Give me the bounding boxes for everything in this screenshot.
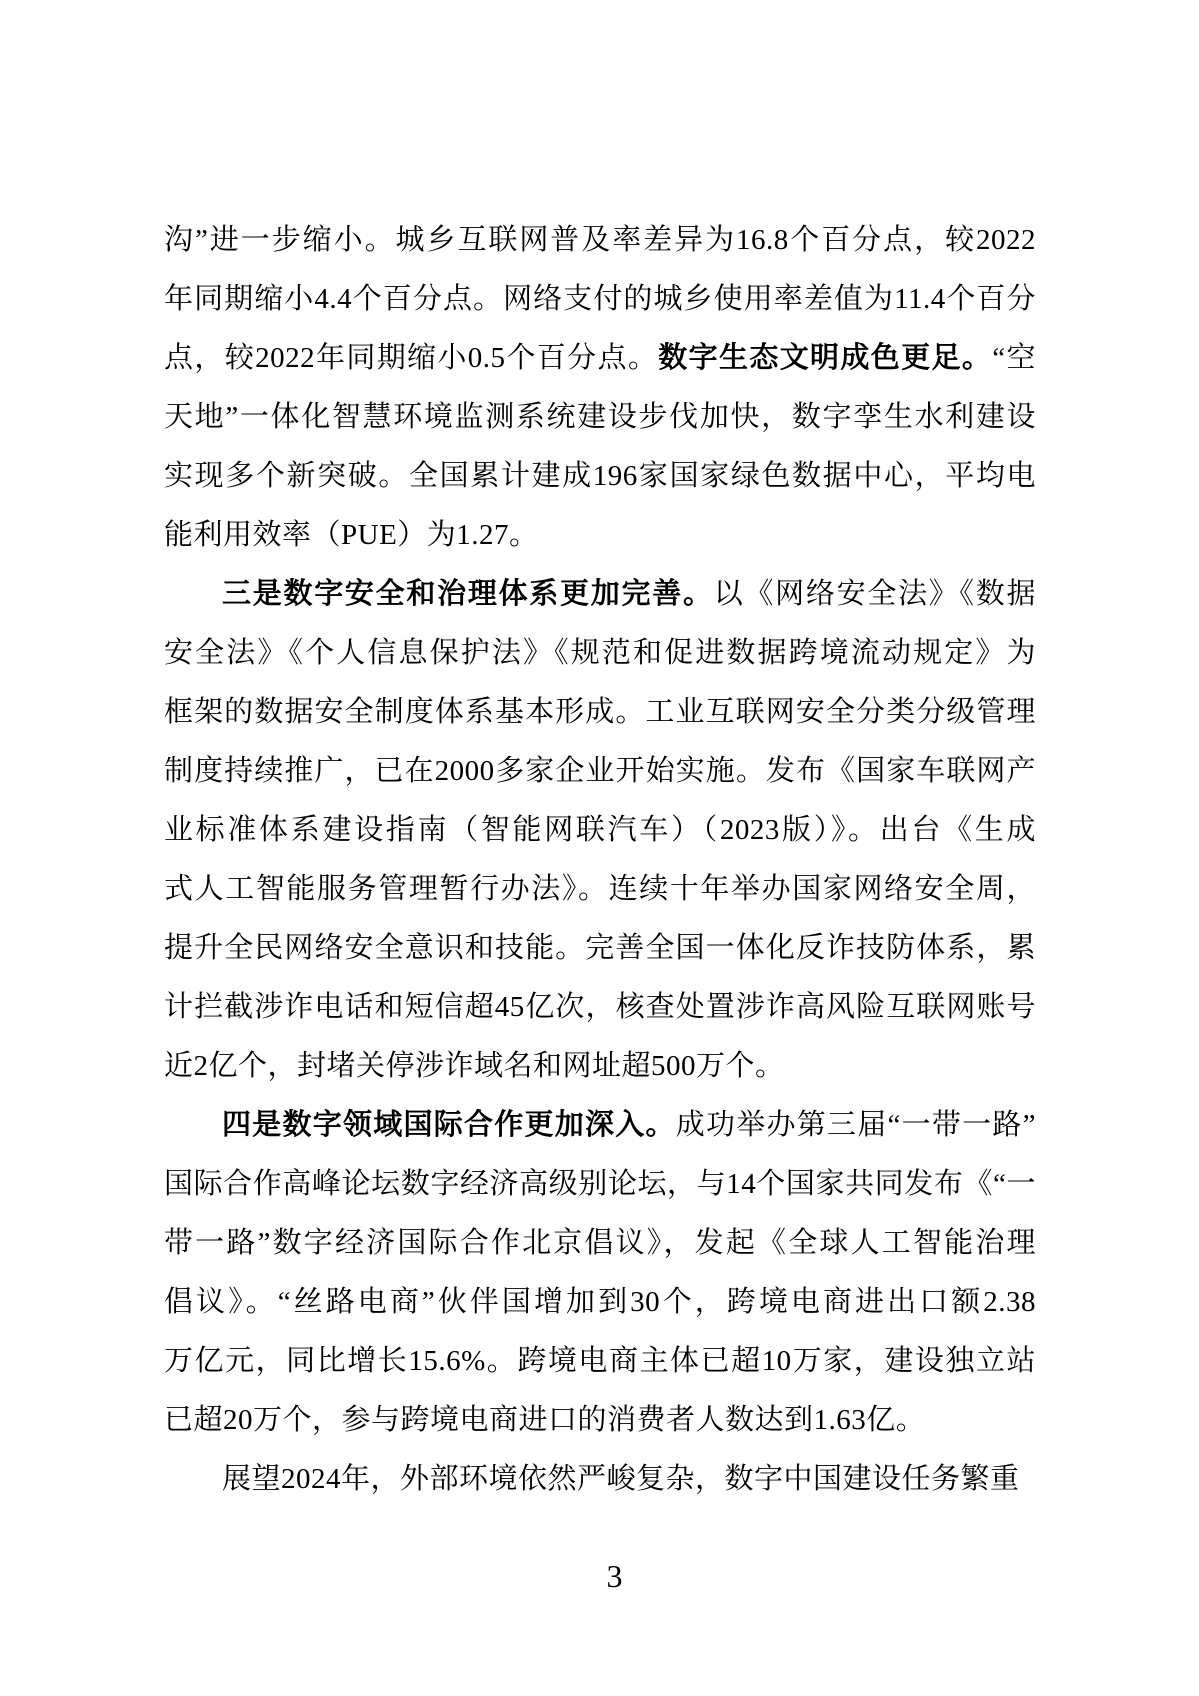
text-run: 制度持续推广，已在2000多家企业开始实施。发布《国家车联网产 [164, 755, 1036, 787]
text-run: 已超20万个，参与跨境电商进口的消费者人数达到1.63亿。 [164, 1404, 925, 1436]
text-run: 安全法》《个人信息保护法》《规范和促进数据跨境流动规定》为 [164, 637, 1036, 669]
text-line: 已超20万个，参与跨境电商进口的消费者人数达到1.63亿。 [164, 1391, 1036, 1450]
document-page: 沟”进一步缩小。城乡互联网普及率差异为16.8个百分点，较2022年同期缩小4.… [0, 0, 1199, 1696]
bold-text-run: 数字生态文明成色更足。 [658, 342, 992, 374]
text-line: 点，较2022年同期缩小0.5个百分点。数字生态文明成色更足。“空 [164, 329, 1036, 388]
text-run: 天地”一体化智慧环境监测系统建设步伐加快，数字孪生水利建设 [164, 401, 1036, 433]
text-line: 四是数字领域国际合作更加深入。成功举办第三届“一带一路” [164, 1096, 1036, 1155]
text-run: 提升全民网络安全意识和技能。完善全国一体化反诈技防体系，累 [164, 932, 1036, 964]
text-line: 三是数字安全和治理体系更加完善。以《网络安全法》《数据 [164, 565, 1036, 624]
text-line: 计拦截涉诈电话和短信超45亿次，核查处置涉诈高风险互联网账号 [164, 978, 1036, 1037]
text-run: 带一路”数字经济国际合作北京倡议》，发起《全球人工智能治理 [164, 1227, 1036, 1259]
bold-text-run: 四是数字领域国际合作更加深入。 [222, 1109, 676, 1141]
text-line: 沟”进一步缩小。城乡互联网普及率差异为16.8个百分点，较2022 [164, 211, 1036, 270]
text-run: 点，较2022年同期缩小0.5个百分点。 [164, 342, 658, 374]
text-line: 安全法》《个人信息保护法》《规范和促进数据跨境流动规定》为 [164, 624, 1036, 683]
text-run: 实现多个新突破。全国累计建成196家国家绿色数据中心，平均电 [164, 460, 1036, 492]
text-run: 以《网络安全法》《数据 [714, 578, 1036, 610]
text-line: 制度持续推广，已在2000多家企业开始实施。发布《国家车联网产 [164, 742, 1036, 801]
text-line: 展望2024年，外部环境依然严峻复杂，数字中国建设任务繁重 [164, 1450, 1036, 1509]
text-line: 提升全民网络安全意识和技能。完善全国一体化反诈技防体系，累 [164, 919, 1036, 978]
text-line: 近2亿个，封堵关停涉诈域名和网址超500万个。 [164, 1037, 1036, 1096]
text-run: 国际合作高峰论坛数字经济高级别论坛，与14个国家共同发布《“一 [164, 1168, 1036, 1200]
text-run: 框架的数据安全制度体系基本形成。工业互联网安全分类分级管理 [164, 696, 1036, 728]
text-line: 实现多个新突破。全国累计建成196家国家绿色数据中心，平均电 [164, 447, 1036, 506]
text-run: 式人工智能服务管理暂行办法》。连续十年举办国家网络安全周， [164, 873, 1036, 905]
text-line: 能利用效率（PUE）为1.27。 [164, 506, 1036, 565]
text-line: 万亿元，同比增长15.6%。跨境电商主体已超10万家，建设独立站 [164, 1332, 1036, 1391]
text-line: 式人工智能服务管理暂行办法》。连续十年举办国家网络安全周， [164, 860, 1036, 919]
document-body: 沟”进一步缩小。城乡互联网普及率差异为16.8个百分点，较2022年同期缩小4.… [164, 211, 1036, 1509]
text-run: 计拦截涉诈电话和短信超45亿次，核查处置涉诈高风险互联网账号 [164, 991, 1036, 1023]
text-run: 业标准体系建设指南（智能网联汽车）（2023版）》。出台《生成 [164, 814, 1036, 846]
text-run: 年同期缩小4.4个百分点。网络支付的城乡使用率差值为11.4个百分 [164, 283, 1036, 315]
text-line: 业标准体系建设指南（智能网联汽车）（2023版）》。出台《生成 [164, 801, 1036, 860]
text-run: “空 [992, 342, 1036, 374]
text-run: 成功举办第三届“一带一路” [676, 1109, 1036, 1141]
text-line: 框架的数据安全制度体系基本形成。工业互联网安全分类分级管理 [164, 683, 1036, 742]
text-run: 沟”进一步缩小。城乡互联网普及率差异为16.8个百分点，较2022 [164, 224, 1036, 256]
text-run: 展望2024年，外部环境依然严峻复杂，数字中国建设任务繁重 [222, 1463, 1020, 1495]
text-line: 带一路”数字经济国际合作北京倡议》，发起《全球人工智能治理 [164, 1214, 1036, 1273]
text-run: 近2亿个，封堵关停涉诈域名和网址超500万个。 [164, 1050, 785, 1082]
text-run: 倡议》。“丝路电商”伙伴国增加到30个，跨境电商进出口额2.38 [164, 1286, 1036, 1318]
bold-text-run: 三是数字安全和治理体系更加完善。 [222, 578, 714, 610]
text-line: 年同期缩小4.4个百分点。网络支付的城乡使用率差值为11.4个百分 [164, 270, 1036, 329]
text-run: 万亿元，同比增长15.6%。跨境电商主体已超10万家，建设独立站 [164, 1345, 1036, 1377]
text-line: 天地”一体化智慧环境监测系统建设步伐加快，数字孪生水利建设 [164, 388, 1036, 447]
page-number: 3 [15, 1556, 1199, 1596]
text-line: 国际合作高峰论坛数字经济高级别论坛，与14个国家共同发布《“一 [164, 1155, 1036, 1214]
text-line: 倡议》。“丝路电商”伙伴国增加到30个，跨境电商进出口额2.38 [164, 1273, 1036, 1332]
text-run: 能利用效率（PUE）为1.27。 [164, 519, 539, 551]
